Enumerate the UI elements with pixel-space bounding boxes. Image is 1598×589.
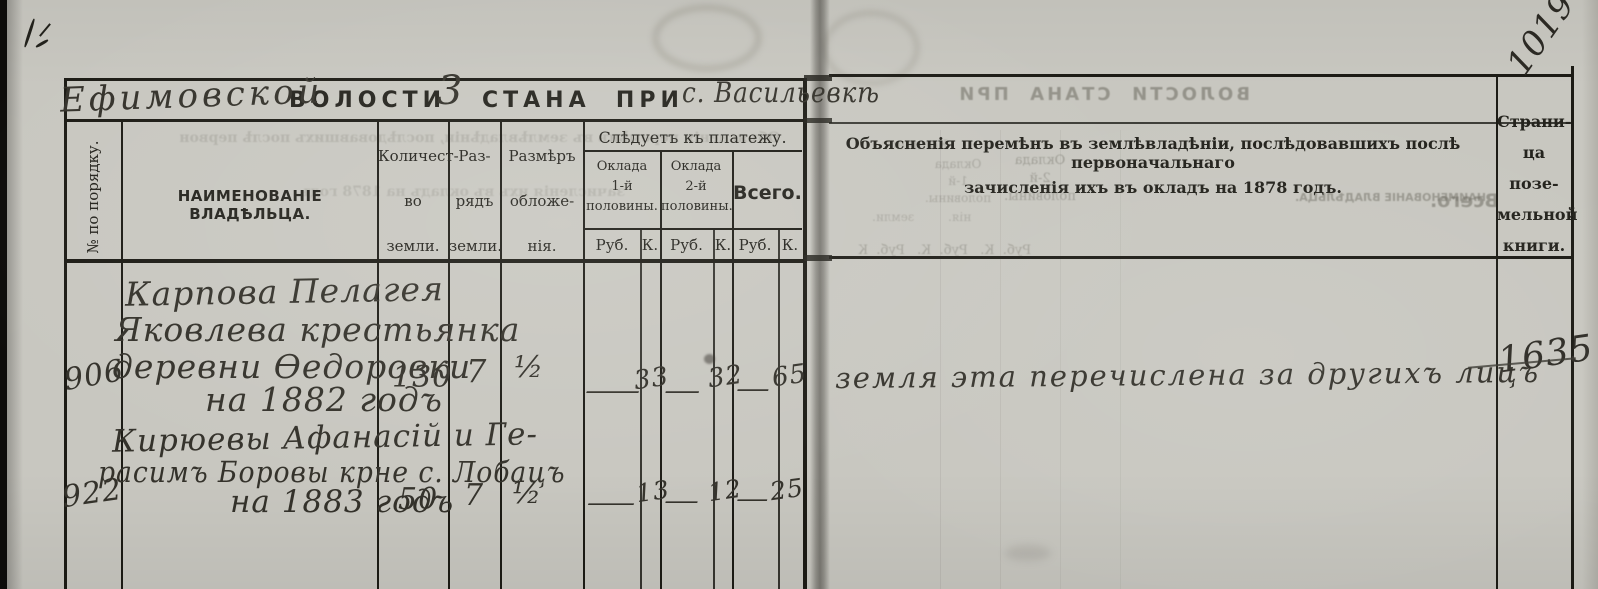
table-border (584, 228, 802, 230)
bleed-title-mirror: ВОЛОСТИ СТАНА ПРИ (980, 84, 1250, 105)
subheader-rub: Руб. (732, 236, 778, 254)
tax-rate-value: ½ (514, 350, 544, 385)
total-kop-value: 65 (770, 359, 809, 394)
land-category-value: 7 (464, 478, 484, 513)
table-border (713, 228, 715, 589)
oklad2-rub-value: — (664, 486, 700, 515)
subheader-rub: Руб. (584, 236, 640, 254)
table-border (778, 228, 780, 589)
oklad2-rub-value: — (664, 376, 702, 406)
spine-shadow (7, 0, 23, 589)
land-quantity-value: 50 (398, 482, 438, 517)
bleed-nia-mirror: нія. (948, 210, 971, 224)
explanation-note: земля эта перечислена за другихъ лицъ (835, 355, 1540, 395)
land-category-value: 7 (466, 352, 487, 390)
table-border (1571, 66, 1574, 589)
ink-mark (23, 18, 35, 47)
subheader-kop: К. (713, 236, 733, 254)
total-rub-value: — (736, 484, 770, 513)
subheader-kop: К. (640, 236, 660, 254)
stan-label-printed: СТАНА ПРИ (482, 88, 684, 113)
ring-stain (652, 4, 762, 72)
total-rub-value: — (736, 374, 771, 404)
land-quantity-value: 130 (392, 360, 452, 395)
column-header-payment-group: Слѣдуетъ къ платежу. (584, 128, 801, 147)
owner-name-line: Кирюевы Афанасій и Ге- (112, 416, 539, 459)
table-border (829, 122, 1573, 124)
fold-tick (804, 118, 832, 123)
total-kop-value: 25 (768, 473, 806, 506)
column-header-category: Раз- рядъ земли. (449, 134, 500, 269)
table-border (584, 150, 802, 152)
column-header-total: Всего. (733, 182, 801, 204)
smudge (1005, 545, 1051, 561)
table-border (829, 74, 1573, 77)
column-header-explanations-line2: зачисленія ихъ въ окладъ на 1878 годъ. (835, 178, 1471, 197)
column-header-oklad-1st: Оклада 1-й половины. (585, 157, 659, 217)
book-spine-edge (0, 0, 7, 589)
column-header-explanations-line1: Объясненія перемѣнъ въ землѣвладѣніи, по… (835, 134, 1471, 172)
table-border (640, 228, 642, 589)
right-edge-shade (1582, 0, 1598, 589)
table-border (64, 119, 807, 122)
column-header-order-number: № по порядку. (84, 117, 102, 277)
subheader-kop: К. (778, 236, 802, 254)
table-border (803, 78, 807, 589)
volost-name-handwritten: Ефимовской (59, 71, 324, 120)
column-header-oklad-2nd: Оклада 2-й половины. (661, 157, 731, 217)
stan-number-handwritten: 3 (437, 68, 463, 114)
owner-name-line: Карпова Пелагея (125, 269, 445, 314)
land-book-page-value: 1635 (1496, 328, 1596, 382)
column-header-rate: Размѣръ обложе- нія. (501, 134, 583, 269)
ink-mark (35, 39, 49, 49)
ink-mark (39, 23, 51, 37)
column-header-quantity: Количест- во земли. (378, 134, 448, 269)
subheader-rub: Руб. (660, 236, 713, 254)
owner-name-line: Яковлева крестьянка (115, 310, 520, 349)
column-header-owner: НАИМЕНОВАНІЕ ВЛАДѢЛЬЦА. (124, 187, 376, 223)
tax-rate-value: ½ (512, 476, 542, 511)
oklad1-rub-value: — (586, 488, 638, 517)
village-name-handwritten: с. Васильевкѣ (682, 76, 880, 109)
column-header-land-book-page: Страни- ца позе- мельной книги. (1497, 106, 1571, 261)
bleed-zemli-mirror: земли. (872, 210, 914, 224)
fold-tick (804, 255, 832, 261)
table-border (829, 256, 1573, 259)
scanned-ledger-page: 1019 Ефимовской ВОЛОСТИ 3 СТАНА ПРИ с. В… (0, 0, 1598, 589)
